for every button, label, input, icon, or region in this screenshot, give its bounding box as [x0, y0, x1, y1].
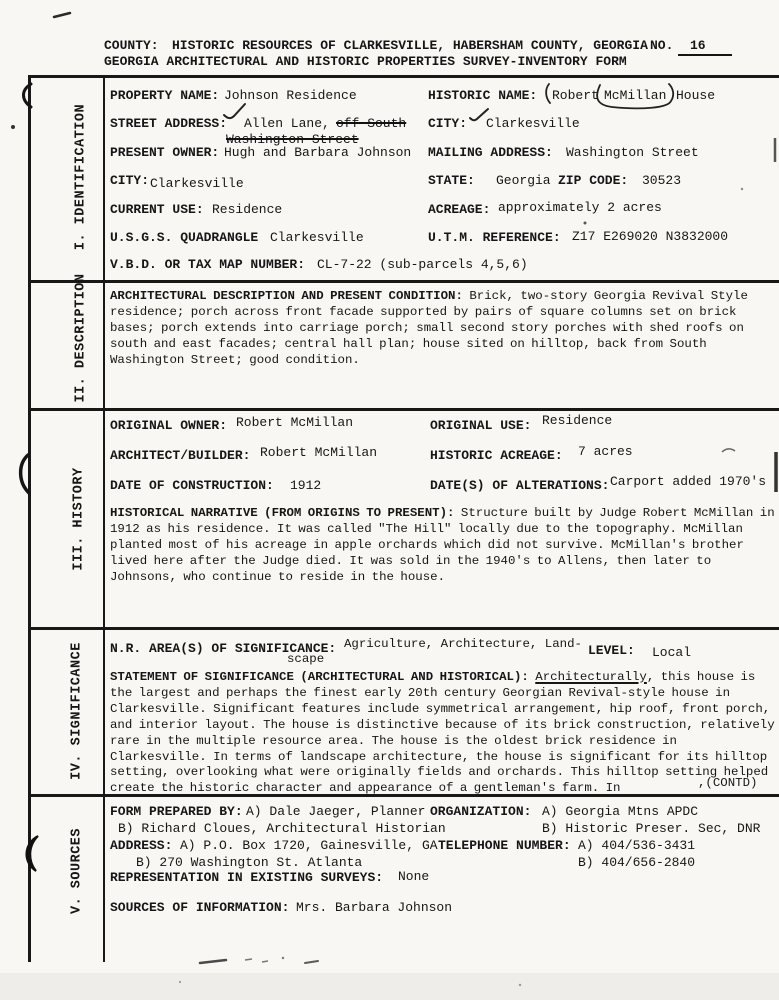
city2-label: CITY: — [110, 173, 149, 188]
tab-identification: I. IDENTIFICATION — [74, 104, 89, 250]
sources-of-information-label: SOURCES OF INFORMATION: — [110, 900, 289, 915]
acreage-value: approximately 2 acres — [498, 200, 662, 215]
sources-of-information-value: Mrs. Barbara Johnson — [296, 900, 452, 915]
nr-areas-value-line1: Agriculture, Architecture, Land- — [344, 637, 582, 651]
form-title: GEORGIA ARCHITECTURAL AND HISTORIC PROPE… — [104, 54, 627, 69]
scan-dash-mark — [54, 13, 70, 17]
tab-significance: IV. SIGNIFICANCE — [70, 642, 85, 780]
current-use-label: CURRENT USE: — [110, 202, 204, 217]
architect-label: ARCHITECT/BUILDER: — [110, 448, 250, 463]
representation-label: REPRESENTATION IN EXISTING SURVEYS: — [110, 870, 383, 885]
state-label: STATE: — [428, 173, 475, 188]
architectural-description: ARCHITECTURAL DESCRIPTION AND PRESENT CO… — [110, 289, 778, 369]
address-b: B) 270 Washington St. Atlanta — [136, 855, 362, 870]
statement-lead-underlined: Architecturally — [535, 670, 647, 684]
statement-label: STATEMENT OF SIGNIFICANCE (ARCHITECTURAL… — [110, 670, 529, 684]
city-label: CITY: — [428, 116, 467, 131]
telephone-b: B) 404/656-2840 — [578, 855, 695, 870]
scan-speck-2 — [282, 957, 284, 959]
address-a: A) P.O. Box 1720, Gainesville, — [180, 838, 414, 853]
zip-label: ZIP CODE: — [558, 173, 628, 188]
organization-label: ORGANIZATION: — [430, 804, 531, 819]
rule-outer-left — [28, 75, 31, 962]
rule-s2-s3 — [28, 408, 779, 411]
historic-acreage-value: 7 acres — [578, 444, 633, 459]
street-address-label: STREET ADDRESS: — [110, 116, 227, 131]
construction-value: 1912 — [290, 478, 321, 493]
tab-history: III. HISTORY — [72, 467, 87, 570]
tab-description: II. DESCRIPTION — [74, 273, 89, 402]
taxmap-value: CL-7-22 (sub-parcels 4,5,6) — [317, 257, 528, 272]
architect-value: Robert McMillan — [260, 445, 377, 460]
organization-a: A) Georgia Mtns APDC — [542, 804, 698, 819]
scan-smudge-2 — [305, 961, 318, 963]
scan-dot — [11, 125, 15, 129]
form-prepared-label: FORM PREPARED BY: — [110, 804, 243, 819]
telephone-a: A) 404/536-3431 — [578, 838, 695, 853]
alterations-label: DATE(S) OF ALTERATIONS: — [430, 478, 609, 493]
address-label: ADDRESS: — [110, 838, 172, 853]
quadrangle-value: Clarkesville — [270, 230, 364, 245]
present-owner-value: Hugh and Barbara Johnson — [224, 145, 411, 160]
handwritten-bracket — [546, 84, 550, 103]
mailing-address-value: Washington Street — [566, 145, 699, 160]
alterations-value: Carport added 1970's — [610, 474, 766, 489]
current-use-value: Residence — [212, 202, 282, 217]
rule-s1-s2 — [28, 280, 779, 283]
handwritten-checkmark-street — [224, 104, 245, 118]
scan-bottom-band — [0, 973, 779, 1000]
county-label: COUNTY: — [104, 38, 159, 53]
rule-sidebar — [103, 75, 105, 962]
tab-sources: V. SOURCES — [70, 828, 85, 914]
scan-smudge-1 — [200, 960, 226, 963]
historic-name-first: Robert — [552, 88, 599, 103]
city2-value: Clarkesville — [150, 176, 244, 191]
utm-value: Z17 E269020 N3832000 — [572, 229, 728, 244]
level-label: LEVEL: — [588, 643, 635, 658]
form-number-label: NO. — [650, 38, 673, 53]
scan-smudge-3 — [245, 959, 268, 962]
historic-name-circled: McMillan — [604, 88, 666, 103]
property-name-label: PROPERTY NAME: — [110, 88, 219, 103]
present-owner-label: PRESENT OWNER: — [110, 145, 219, 160]
historic-name-label: HISTORIC NAME: — [428, 88, 537, 103]
form-prepared-b: B) Richard Cloues, Architectural Histori… — [118, 821, 446, 836]
county-value: HISTORIC RESOURCES OF CLARKESVILLE, HABE… — [172, 38, 648, 53]
scan-speck-1 — [584, 222, 587, 225]
state-value: Georgia — [496, 173, 551, 188]
property-name-value: Johnson Residence — [224, 88, 357, 103]
quadrangle-label: U.S.G.S. QUADRANGLE — [110, 230, 258, 245]
original-use-value: Residence — [542, 413, 612, 428]
statement-text: , this house is the largest and perhaps … — [110, 670, 775, 795]
acreage-label: ACREAGE: — [428, 202, 490, 217]
organization-b: B) Historic Preser. Sec, DNR — [542, 821, 760, 836]
continued-note: ,(CONTD) — [698, 776, 758, 790]
form-prepared-a: A) Dale Jaeger, Planner — [246, 804, 425, 819]
mailing-address-label: MAILING ADDRESS: — [428, 145, 553, 160]
city-value: Clarkesville — [486, 116, 580, 131]
street-address-value: Allen Lane, — [244, 116, 330, 131]
address-a-state: GA — [422, 838, 438, 853]
historical-narrative-label: HISTORICAL NARRATIVE (FROM ORIGINS TO PR… — [110, 506, 454, 520]
zip-value: 30523 — [642, 173, 681, 188]
form-number-value: 16 — [678, 38, 732, 56]
scan-squiggle — [722, 449, 735, 452]
survey-inventory-form-scan: COUNTY: HISTORIC RESOURCES OF CLARKESVIL… — [0, 0, 779, 1000]
rule-top — [28, 75, 779, 78]
original-owner-label: ORIGINAL OWNER: — [110, 418, 227, 433]
nr-areas-value-line2: scape — [287, 652, 324, 666]
level-value: Local — [652, 645, 691, 660]
historic-acreage-label: HISTORIC ACREAGE: — [430, 448, 563, 463]
utm-label: U.T.M. REFERENCE: — [428, 230, 561, 245]
rule-s3-s4 — [28, 627, 779, 630]
statement-of-significance: STATEMENT OF SIGNIFICANCE (ARCHITECTURAL… — [110, 670, 778, 797]
telephone-label: TELEPHONE NUMBER: — [438, 838, 571, 853]
street-address-struck-1: off South — [332, 116, 410, 131]
original-owner-value: Robert McMillan — [236, 415, 353, 430]
historic-name-last: House — [676, 88, 715, 103]
original-use-label: ORIGINAL USE: — [430, 418, 531, 433]
taxmap-label: V.B.D. OR TAX MAP NUMBER: — [110, 257, 305, 272]
scan-speck-3 — [741, 188, 743, 190]
representation-value: None — [398, 869, 429, 884]
historical-narrative: HISTORICAL NARRATIVE (FROM ORIGINS TO PR… — [110, 506, 778, 586]
construction-label: DATE OF CONSTRUCTION: — [110, 478, 274, 493]
architectural-description-label: ARCHITECTURAL DESCRIPTION AND PRESENT CO… — [110, 289, 463, 303]
